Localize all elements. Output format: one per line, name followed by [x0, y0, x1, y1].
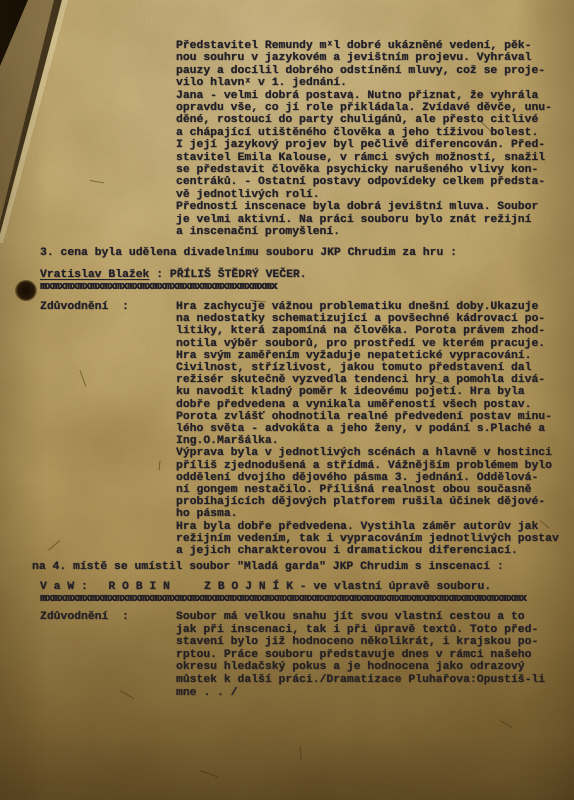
justification-1-text: Hra zachycuje vážnou problematiku dnešní… — [176, 301, 568, 557]
award-3rd-prize-line: 3. cena byla udělena divadelnímu souboru… — [40, 247, 560, 259]
author-name: Vratislav Blažek — [40, 269, 149, 281]
paragraph-evaluation: Představitel Remundy mˣl dobré ukázněné … — [176, 40, 568, 239]
punch-hole — [15, 280, 37, 301]
place-4th-line: na 4. místě se umístil soubor "Mladá gar… — [32, 561, 564, 573]
justification-2-text: Soubor má velkou snahu jít svou vlastní … — [176, 611, 568, 699]
play-title: : PŘÍLIŠ ŠTĚDRÝ VEČER. — [149, 269, 306, 281]
author-title-line: Vratislav Blažek : PŘÍLIŠ ŠTĚDRÝ VEČER. — [40, 269, 560, 281]
strikeout-row-1: mxmxmxmxmxmxmxmxmxmxmxmxmxmxmxmxmxmxmx — [40, 281, 277, 293]
scanned-document-page: Představitel Remundy mˣl dobré ukázněné … — [0, 0, 574, 800]
justification-1-label: Zdůvodnění : — [40, 301, 129, 313]
vaw-title-line: V a W : R O B I N Z B O J N Í K - ve vla… — [40, 581, 568, 593]
justification-2-label: Zdůvodnění : — [40, 611, 129, 623]
strikeout-row-2: mxmxmxmxmxmxmxmxmxmxmxmxmxmxmxmxmxmxmxmx… — [40, 593, 526, 605]
